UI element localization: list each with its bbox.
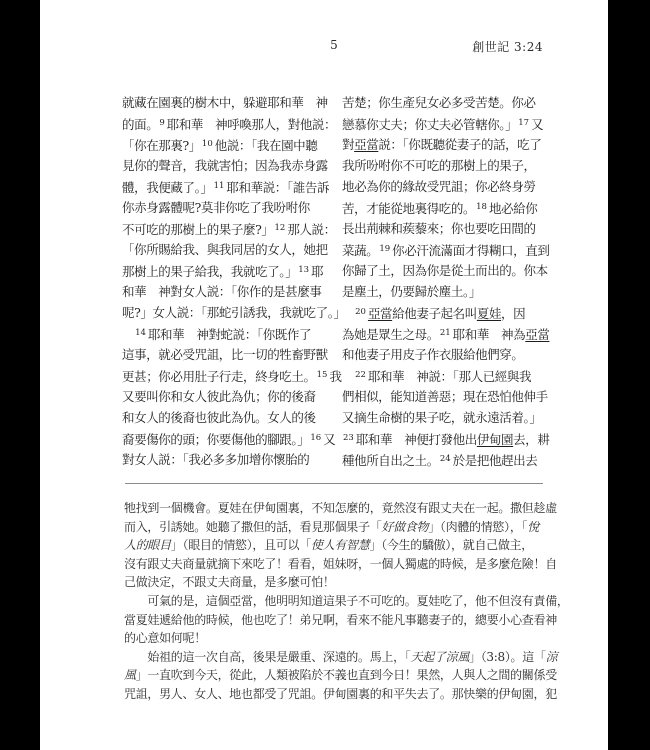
text-line: 對女人説：「我必多多加增你懷胎的: [122, 449, 324, 470]
text-line: 風」一直吹到今天，從此，人類被陷於不義也直到今日！果然，人與人之間的關係受: [124, 666, 544, 685]
text-line: 咒詛，男人、女人、地也都受了咒詛。伊甸園裏的和平失去了。那快樂的伊甸園，犯: [124, 685, 544, 704]
verse-number: 16: [310, 433, 321, 443]
proper-name: 伊甸園: [477, 432, 513, 447]
text-line: 那樹上的果子給我，我就吃了。」13耶: [122, 260, 324, 281]
text-line: 們相似，能知道善惡；現在恐怕他伸手: [342, 386, 544, 407]
text-line: 「你所賜給我、與我同居的女人，她把: [122, 239, 324, 260]
verse-number: 9: [159, 118, 164, 128]
scan-border-left: [0, 0, 40, 750]
text-line: 而入，引誘她。她聽了撒但的話，看見那個果子「好做食物」（肉體的情慾），「悅: [124, 518, 544, 537]
verse-number: 15: [317, 370, 328, 380]
text-line: 14耶和華 神對蛇説：「你既作了: [122, 323, 324, 344]
book-page: 5 創世記 3:24 就藏在園裏的樹木中，躲避耶和華 神的面。9耶和華 神呼喚那…: [0, 0, 650, 750]
verse-number: 12: [275, 223, 286, 233]
text-line: 體，我便藏了。」11耶和華説：「誰告訴: [122, 176, 324, 197]
text-line: 牠找到一個機會。夏娃在伊甸園裏，不知怎麼的，竟然沒有跟丈夫在一起。撒但趁虛: [124, 499, 544, 518]
text-line: 呢?」女人説：「那蛇引誘我，我就吃了。」: [122, 302, 324, 323]
text-line: 菜蔬。19你必汗流滿面才得糊口，直到: [342, 239, 544, 260]
text-line: 你赤身露體呢?莫非你吃了我吩咐你: [122, 197, 324, 218]
text-line: 你歸了土，因為你是從土而出的。你本: [342, 260, 544, 281]
verse-number: 14: [135, 328, 146, 338]
text-line: 和華 神對女人説：「你作的是甚麼事: [122, 281, 324, 302]
commentary-section: 牠找到一個機會。夏娃在伊甸園裏，不知怎麼的，竟然沒有跟丈夫在一起。撒但趁虛而入，…: [124, 499, 544, 704]
text-line: 始祖的這一次自高，後果是嚴重、深遠的。馬上，「天起了涼風」（3:8）。這「涼: [124, 648, 544, 667]
section-divider: [125, 483, 543, 484]
proper-name: 夏娃: [477, 306, 501, 321]
verse-number: 23: [343, 433, 354, 443]
text-line: 當夏娃遞給他的時候，他也吃了！弟兄啊，看來不能凡事聽妻子的，總要小心查看神: [124, 611, 544, 630]
text-line: 裔要傷你的頭；你要傷他的腳跟。」16又: [122, 428, 324, 449]
text-line: 22耶和華 神説：「那人已經與我: [342, 365, 544, 386]
verse-number: 13: [298, 265, 309, 275]
verse-number: 10: [202, 139, 213, 149]
scripture-column-left: 就藏在園裏的樹木中，躲避耶和華 神的面。9耶和華 神呼喚那人，對他説：「你在那裏…: [122, 92, 324, 470]
text-line: 地必為你的緣故受咒詛；你必終身勞: [342, 176, 544, 197]
text-line: 苦楚；你生產兒女必多受苦楚。你必: [342, 92, 544, 113]
verse-number: 22: [355, 370, 366, 380]
quoted-phrase: 涼: [546, 650, 558, 664]
verse-number: 21: [440, 328, 451, 338]
verse-number: 19: [379, 244, 390, 254]
page-header: 5 創世記 3:24: [125, 38, 543, 54]
text-line: 又要叫你和女人彼此為仇；你的後裔: [122, 386, 324, 407]
text-line: 見你的聲音，我就害怕；因為我赤身露: [122, 155, 324, 176]
text-line: 苦，才能從地裏得吃的。18地必給你: [342, 197, 544, 218]
verse-number: 11: [214, 181, 225, 191]
quoted-phrase: 好做食物: [381, 520, 428, 534]
text-line: 我所吩咐你不可吃的那樹上的果子，: [342, 155, 544, 176]
text-line: 為她是眾生之母。21耶和華 神為亞當: [342, 323, 544, 344]
text-line: 和女人的後裔也彼此為仇。女人的後: [122, 407, 324, 428]
text-line: 「你在那裏?」10他説：「我在園中聽: [122, 134, 324, 155]
verse-number: 24: [440, 454, 451, 464]
text-line: 23耶和華 神便打發他出伊甸園去，耕: [342, 428, 544, 449]
text-line: 20亞當給他妻子起名叫夏娃，因: [342, 302, 544, 323]
text-line: 己做決定，不跟丈夫商量，是多麼可怕！: [124, 573, 544, 592]
text-line: 沒有跟丈夫商量就摘下來吃了！看看，姐妹呀，一個人獨處的時候，是多麼危險！自: [124, 555, 544, 574]
quoted-phrase: 天起了涼風: [411, 650, 470, 664]
quoted-phrase: 使人有智慧: [311, 538, 370, 552]
text-line: 可氣的是，這個亞當，他明明知道這果子不可吃的。夏娃吃了，他不但沒有責備，: [124, 592, 544, 611]
text-line: 又摘生命樹的果子吃，就永遠活着。」: [342, 407, 544, 428]
text-line: 不可吃的那樹上的果子麼?」12那人説：: [122, 218, 324, 239]
text-line: 就藏在園裏的樹木中，躲避耶和華 神: [122, 92, 324, 113]
quoted-phrase: 風: [124, 668, 136, 682]
text-line: 更甚；你必用肚子行走，終身吃土。15我: [122, 365, 324, 386]
verse-number: 20: [355, 307, 366, 317]
text-line: 的心意如何呢！: [124, 629, 544, 648]
text-line: 長出荊棘和蒺藜來；你也要吃田間的: [342, 218, 544, 239]
text-line: 對亞當説：「你既聽從妻子的話，吃了: [342, 134, 544, 155]
text-line: 這事，就必受咒詛，比一切的牲畜野獸: [122, 344, 324, 365]
scripture-column-right: 苦楚；你生產兒女必多受苦楚。你必戀慕你丈夫；你丈夫必管轄你。」17又對亞當説：「…: [342, 92, 544, 470]
quoted-phrase: 人的眼目: [124, 538, 171, 552]
verse-number: 18: [476, 202, 487, 212]
text-line: 的面。9耶和華 神呼喚那人，對他説：: [122, 113, 324, 134]
text-line: 和他妻子用皮子作衣服給他們穿。: [342, 344, 544, 365]
book-chapter-verse: 創世記 3:24: [472, 38, 543, 55]
quoted-phrase: 悅: [527, 520, 539, 534]
scan-border-right: [608, 0, 650, 750]
verse-number: 17: [518, 118, 529, 128]
proper-name: 亞當: [525, 327, 549, 342]
proper-name: 亞當: [354, 137, 378, 152]
text-line: 人的眼目」（眼目的情慾），且可以「使人有智慧」（今生的驕傲），就自己做主，: [124, 536, 544, 555]
proper-name: 亞當: [368, 306, 392, 321]
scripture-section: 就藏在園裏的樹木中，躲避耶和華 神的面。9耶和華 神呼喚那人，對他説：「你在那裏…: [122, 92, 544, 470]
text-line: 戀慕你丈夫；你丈夫必管轄你。」17又: [342, 113, 544, 134]
text-line: 種他所自出之土。24於是把他趕出去: [342, 449, 544, 470]
text-line: 是塵土，仍要歸於塵土。」: [342, 281, 544, 302]
